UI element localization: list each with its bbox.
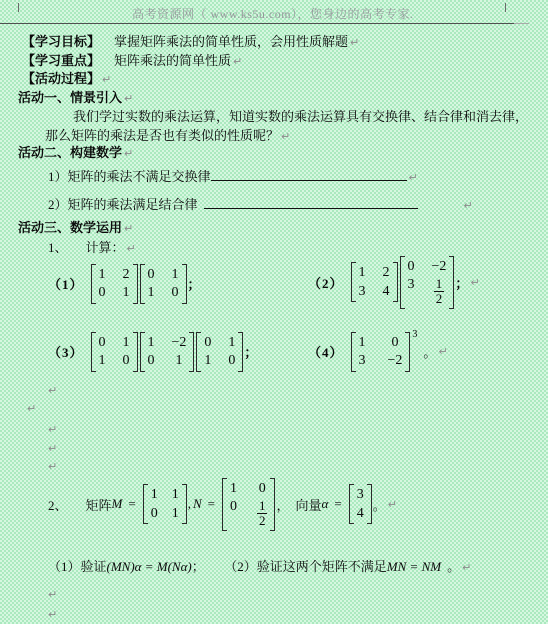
matrix: 10 3−2 [351, 332, 411, 372]
matrix-cell: 1 [123, 335, 130, 350]
vector-alpha: 3 4 [349, 484, 372, 524]
matrix-cell: 0 [99, 285, 106, 300]
matrix-cell: 1 [99, 353, 106, 368]
matrix-cell: 1 [172, 487, 179, 502]
matrix-cell: 1 [148, 285, 155, 300]
paragraph-mark-icon: ↵ [438, 345, 447, 358]
verification-line: （1）验证(MN)α = M(Nα)；（2）验证这两个矩阵不满足MN = NM。… [48, 556, 471, 575]
paragraph-mark-icon: ↵ [233, 55, 242, 68]
paragraph-mark-icon: ↵ [124, 147, 133, 160]
property-item-1: 1）矩阵的乘法不满足交换律↵ [48, 166, 418, 185]
matrix-cell: 1 [148, 335, 155, 350]
calc-problem-2: （2） 12 34 0−2 3 12 ； ↵ [308, 256, 480, 309]
activity3-heading: 活动三、数学运用↵ [18, 217, 133, 236]
equals-sign: = [334, 496, 341, 512]
matrix: 01 10 [91, 332, 138, 372]
problem-label: （4） [308, 342, 344, 361]
matrix-N: 10 0 12 [222, 478, 276, 531]
vector-intro: 向量 [296, 495, 322, 514]
matrix-cell: 3 [408, 277, 415, 305]
separator: ， [276, 495, 289, 514]
answer-blank-line [211, 168, 407, 181]
matrix-name-N: N [193, 496, 202, 512]
keypoint-label: 【学习重点】 [22, 53, 100, 68]
vector-name-alpha: α [322, 496, 329, 512]
matrix-cell: 0 [228, 353, 235, 368]
calc-problem-3: （3） 01 10 1−2 01 01 10 ； [48, 332, 257, 372]
problem-number: 2、 [48, 495, 68, 514]
matrix: 12 01 [91, 264, 138, 304]
matrix: 01 10 [140, 264, 187, 304]
equals-sign: = [208, 496, 215, 512]
matrix-cell: 2 [383, 265, 390, 280]
matrix-cell: 0 [388, 335, 403, 350]
paragraph-mark-icon: ↵ [470, 276, 479, 289]
punctuation: ； [192, 559, 205, 574]
matrix-name-M: M [112, 496, 123, 512]
matrix-cell: 0 [257, 481, 268, 496]
matrix-cell: 3 [357, 487, 364, 502]
paragraph-mark-icon: ↵ [124, 92, 133, 105]
matrix-cell: 1 [230, 481, 237, 496]
property-item-2: 2）矩阵的乘法满足结合律↵ [48, 194, 473, 213]
matrix-cell: 1 [172, 267, 179, 282]
punctuation: 。 [423, 342, 436, 361]
paragraph-mark-icon: ↵ [48, 460, 57, 473]
matrix-cell: 0 [408, 259, 415, 274]
matrix-cell: 1 [151, 487, 158, 502]
matrix: 01 10 [196, 332, 243, 372]
matrix-cell: 0 [123, 353, 130, 368]
problem-label: （2） [308, 273, 344, 292]
intro-text-line1: 我们学过实数的乘法运算，知道实数的乘法运算具有交换律、结合律和消去律， [73, 106, 528, 125]
matrix-cell: 0 [230, 499, 237, 527]
matrix-cell: 3 [359, 284, 366, 299]
matrix-cell: 1 [359, 265, 366, 280]
matrix: 0−2 3 12 [400, 256, 455, 309]
margin-crop-mark [505, 3, 506, 12]
activity2-heading: 活动二、构建数学↵ [18, 142, 133, 161]
paragraph-mark-icon: ↵ [127, 242, 136, 255]
paragraph-mark-icon: ↵ [462, 561, 471, 574]
matrix-cell-fraction: 12 [257, 499, 268, 527]
matrix-cell: 1 [172, 506, 179, 521]
punctuation: ； [455, 273, 468, 292]
punctuation: ； [188, 274, 201, 293]
paragraph-mark-icon: ↵ [409, 171, 418, 184]
matrix-cell: −2 [172, 335, 187, 350]
punctuation: ； [244, 342, 257, 361]
document-page[interactable]: 高考资源网（ www.ks5u.com），您身边的高考专家. 【学习目标】掌握矩… [0, 0, 548, 624]
keypoint-text: 矩阵乘法的简单性质 [114, 53, 231, 68]
verify-q2-text: （2）验证这两个矩阵不满足 [231, 559, 387, 574]
calc-problem-4: （4） 10 3−2 3 。 ↵ [308, 332, 448, 372]
problem-label: （1） [48, 274, 84, 293]
matrix-cell: 0 [99, 335, 106, 350]
matrix-cell: 3 [359, 353, 366, 368]
goal-text: 掌握矩阵乘法的简单性质，会用性质解题 [114, 34, 348, 49]
matrix-cell: 4 [383, 284, 390, 299]
matrix-cell: 0 [148, 267, 155, 282]
matrix-cell: 1 [359, 335, 366, 350]
matrix-cell: 1 [204, 353, 211, 368]
matrix-cell: 0 [151, 506, 158, 521]
matrix-M: 11 01 [143, 484, 187, 524]
paragraph-mark-icon: ↵ [281, 130, 290, 143]
comma: , [188, 496, 191, 512]
paragraph-mark-icon: ↵ [48, 423, 57, 436]
keypoint-line: 【学习重点】矩阵乘法的简单性质↵ [22, 50, 242, 69]
matrix-cell: −2 [388, 353, 403, 368]
problem-label: （3） [48, 342, 84, 361]
matrix: 1−2 01 [140, 332, 195, 372]
matrix-power-exponent: 3 [412, 329, 417, 340]
paragraph-mark-icon: ↵ [388, 498, 397, 511]
paragraph-mark-icon: ↵ [102, 73, 111, 86]
paragraph-mark-icon: ↵ [48, 442, 57, 455]
matrix-cell: 0 [204, 335, 211, 350]
problem-2-line: 2、 矩阵 M = 11 01 , N = 10 0 12 ， 向量 α = 3… [48, 478, 397, 531]
process-line: 【活动过程】↵ [22, 68, 111, 87]
problem-intro: 矩阵 [86, 495, 112, 514]
matrix-cell: −2 [432, 259, 447, 274]
header-watermark: 高考资源网（ www.ks5u.com），您身边的高考专家. [132, 5, 414, 22]
paragraph-mark-icon: ↵ [124, 222, 133, 235]
calc-heading: 1、计算：↵ [48, 237, 136, 256]
answer-blank-line [204, 196, 418, 209]
matrix-cell: 1 [228, 335, 235, 350]
verify-q1-text: （1）验证 [48, 559, 107, 574]
matrix-cell: 1 [99, 267, 106, 282]
matrix-cell: 1 [172, 353, 187, 368]
goal-line: 【学习目标】掌握矩阵乘法的简单性质，会用性质解题↵ [22, 31, 359, 50]
goal-label: 【学习目标】 [22, 34, 100, 49]
punctuation: 。 [447, 559, 460, 574]
verify-q1-math: (MN)α = M(Nα) [107, 559, 192, 574]
matrix-cell: 4 [357, 506, 364, 521]
matrix-cell: 2 [123, 267, 130, 282]
matrix: 12 34 [351, 262, 398, 302]
matrix-cell: 0 [148, 353, 155, 368]
paragraph-mark-icon: ↵ [350, 36, 359, 49]
paragraph-mark-icon: ↵ [48, 384, 57, 397]
header-rule [0, 23, 514, 24]
matrix-cell: 0 [172, 285, 179, 300]
header-rule-end [514, 23, 529, 24]
matrix-cell: 1 [123, 285, 130, 300]
paragraph-mark-icon: ↵ [48, 608, 57, 621]
verify-q2-math: MN = NM [387, 559, 441, 574]
paragraph-mark-icon: ↵ [48, 588, 57, 601]
paragraph-mark-icon: ↵ [464, 199, 473, 212]
punctuation: 。 [373, 495, 386, 514]
calc-problem-1: （1） 12 01 01 10 ； [48, 264, 201, 304]
margin-crop-mark [18, 3, 19, 12]
activity1-heading: 活动一、情景引入↵ [18, 87, 133, 106]
equals-sign: = [128, 496, 135, 512]
paragraph-mark-icon: ↵ [27, 402, 36, 415]
process-label: 【活动过程】 [22, 71, 100, 86]
matrix-cell-fraction: 12 [432, 277, 447, 305]
